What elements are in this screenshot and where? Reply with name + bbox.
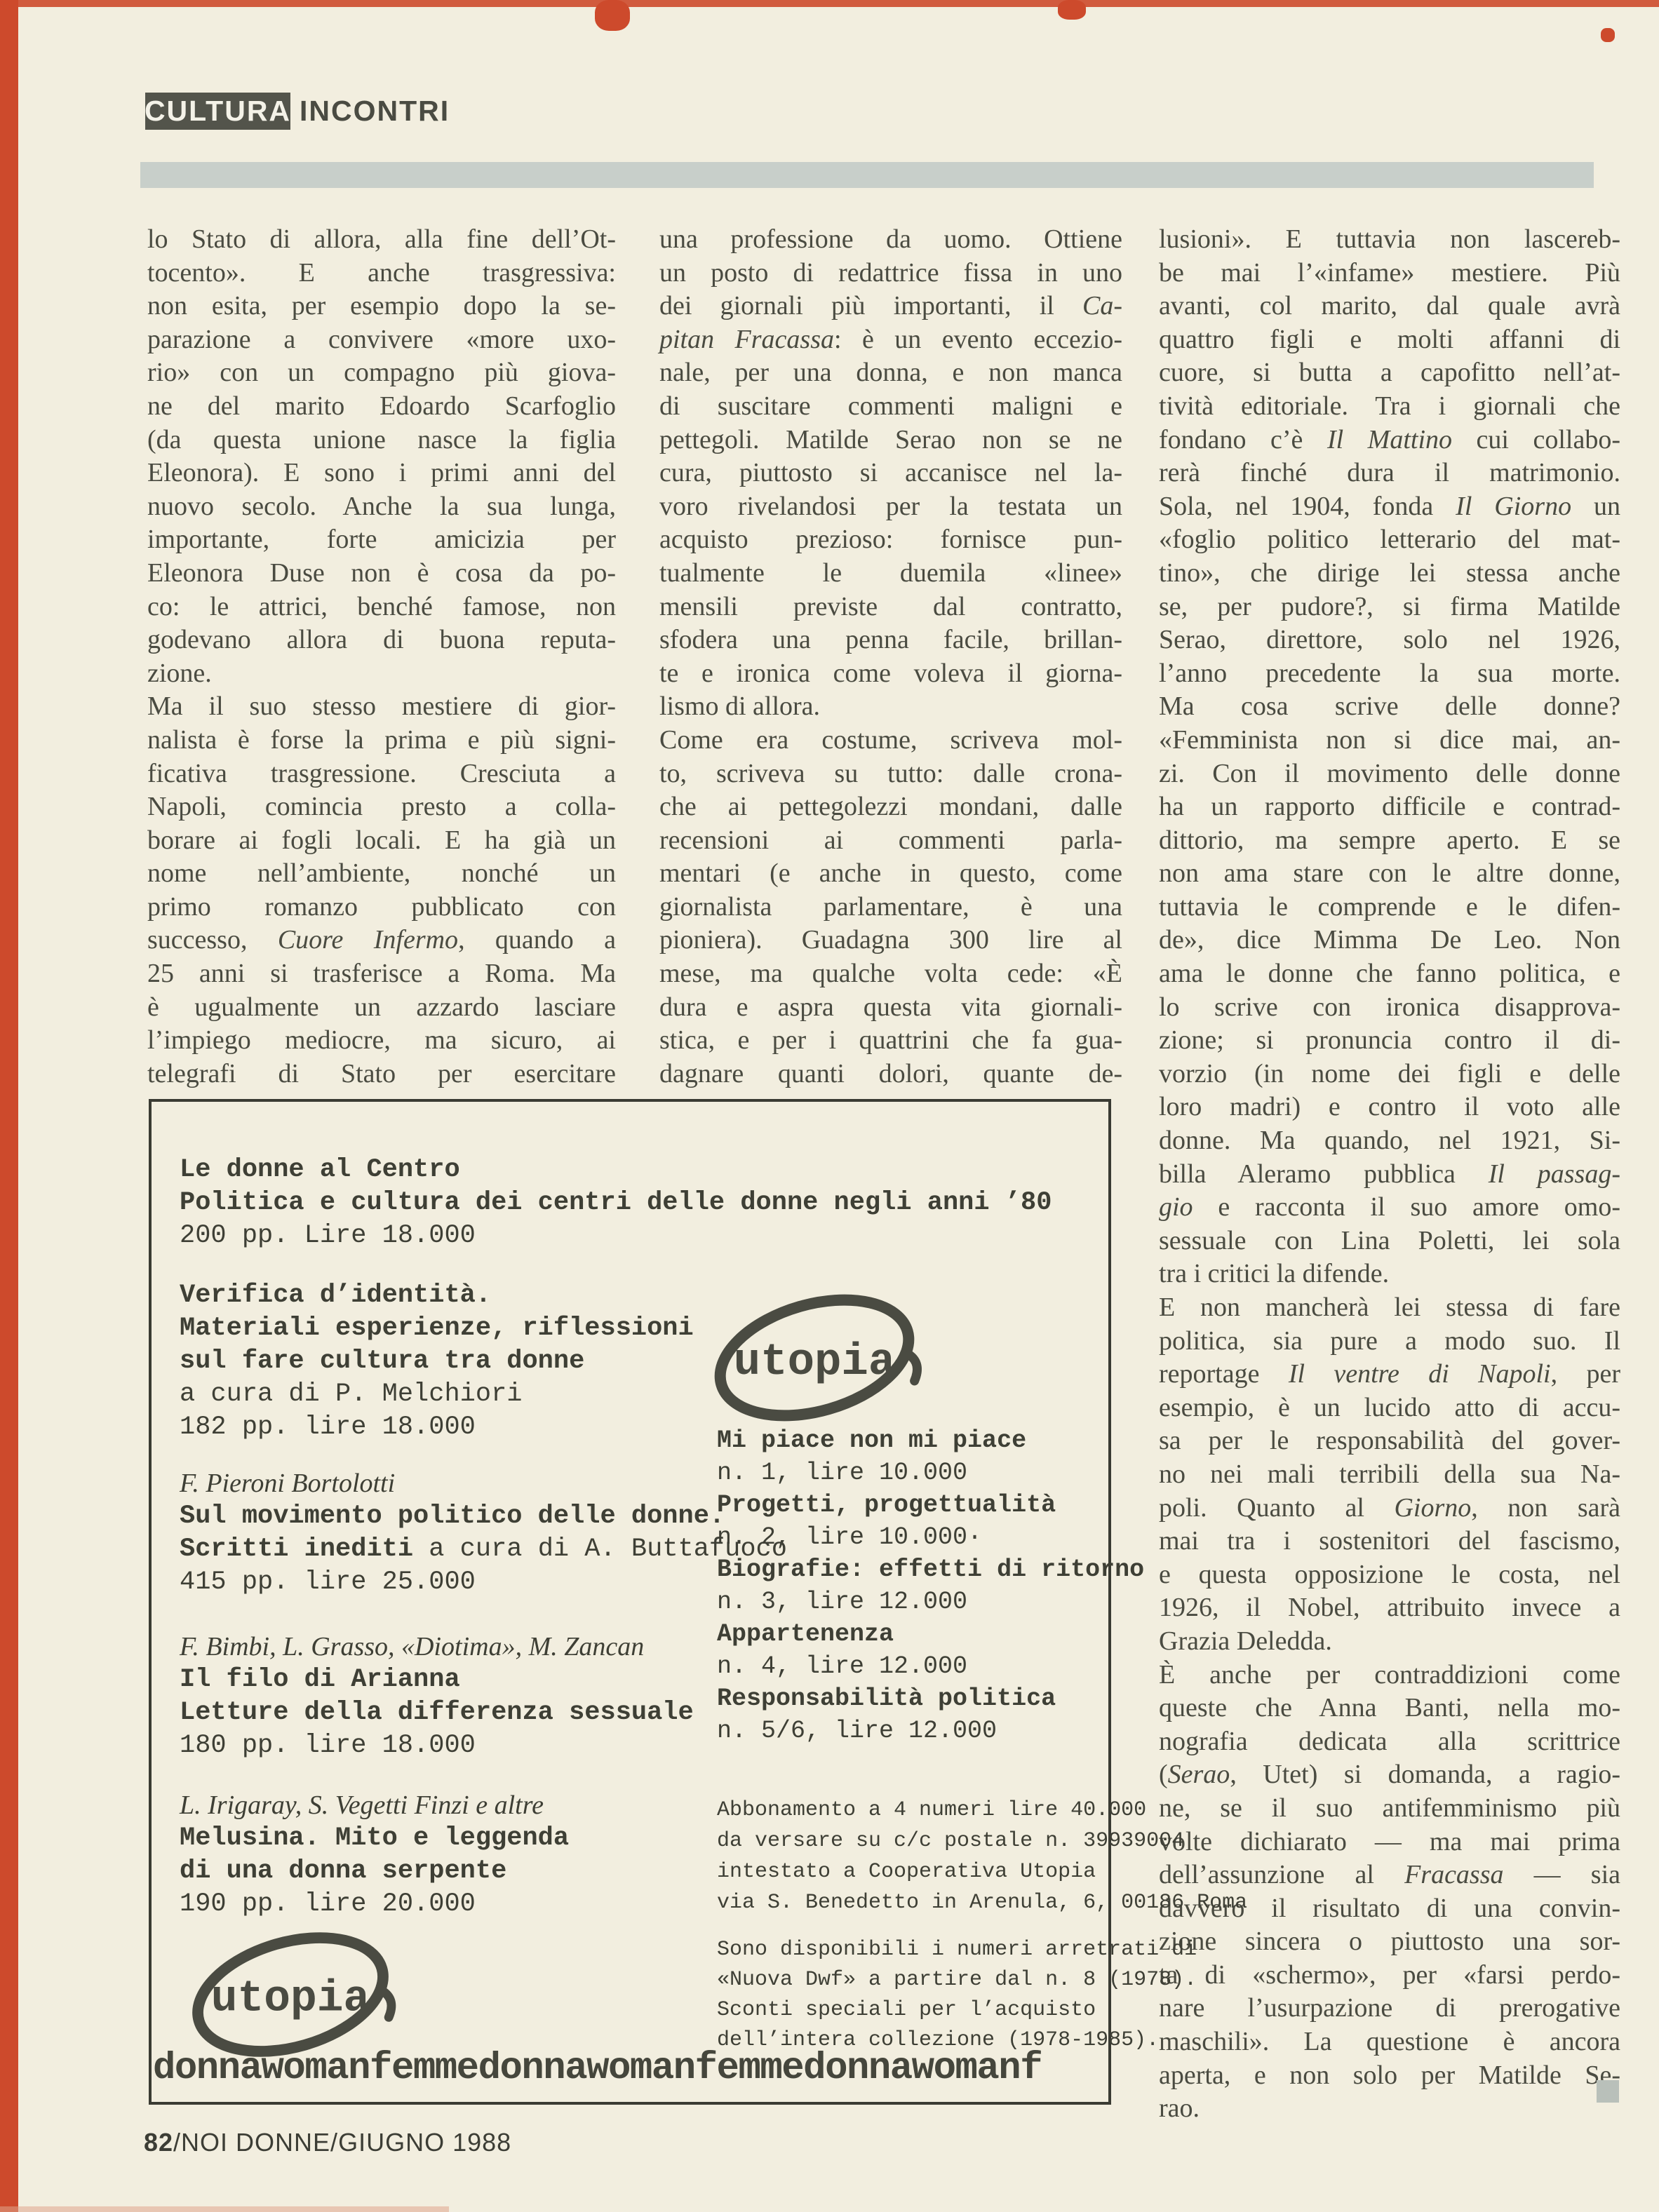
text-line: reportage Il ventre di Napoli, per bbox=[1159, 1358, 1620, 1391]
text-line: aperta, e non solo per Matilde Se- bbox=[1159, 2059, 1620, 2093]
text-line: Eleonora). E sono i primi anni del bbox=[147, 457, 616, 490]
text-line: Sono disponibili i numeri arretrati di bbox=[717, 1935, 1197, 1965]
end-of-article-marker bbox=[1597, 2080, 1619, 2103]
text-line: Eleonora Duse non è cosa da po- bbox=[147, 557, 616, 591]
text-line: (da questa unione nasce la figlia bbox=[147, 424, 616, 457]
issue-title: Biografie: effetti di ritorno bbox=[717, 1553, 1144, 1586]
text-line: mentari (e anche in questo, come bbox=[659, 857, 1122, 891]
text-line: mensili previste dal contratto, bbox=[659, 591, 1122, 624]
text-line: billa Aleramo pubblica Il passag- bbox=[1159, 1158, 1620, 1192]
topic-label: INCONTRI bbox=[300, 93, 450, 130]
scan-edge-top bbox=[0, 0, 1659, 7]
text-line: be mai l’«infame» mestiere. Più bbox=[1159, 257, 1620, 290]
text-line: È anche per contraddizioni come bbox=[1159, 1659, 1620, 1692]
text-line: lo scrive con ironica disapprova- bbox=[1159, 991, 1620, 1025]
text-line: quattro figli e molti affanni di bbox=[1159, 323, 1620, 357]
text-line: di suscitare commenti maligni e bbox=[659, 390, 1122, 424]
svg-text:utopia: utopia bbox=[211, 1974, 370, 2024]
text-line: esempio, è un lucido atto di accu- bbox=[1159, 1391, 1620, 1425]
text-line: Napoli, comincia presto a colla- bbox=[147, 790, 616, 824]
scan-artifact bbox=[595, 0, 630, 31]
text-line: ta di «schermo», per «farsi perdo- bbox=[1159, 1959, 1620, 1992]
svg-text:utopia: utopia bbox=[734, 1337, 895, 1388]
text-line: loro madri) e contro il voto alle bbox=[1159, 1091, 1620, 1124]
text-line: ha un rapporto difficile e contrad- bbox=[1159, 790, 1620, 824]
article-column-2: una professione da uomo. Ottieneun posto… bbox=[659, 223, 1122, 1091]
text-line: l’impiego mediocre, ma sicuro, ai bbox=[147, 1024, 616, 1058]
text-line: voro rivelandosi per la testata un bbox=[659, 490, 1122, 524]
text-line: nalista è forse la prima e più signi- bbox=[147, 724, 616, 757]
text-line: sessuale con Lina Poletti, lei sola bbox=[1159, 1225, 1620, 1258]
text-line: cura, piuttosto si accanisce nel la- bbox=[659, 457, 1122, 490]
issue-title: Responsabilità politica bbox=[717, 1682, 1144, 1715]
text-line: zione; si pronuncia contro il di- bbox=[1159, 1024, 1620, 1058]
text-line: non esita, per esempio dopo la se- bbox=[147, 290, 616, 323]
text-line: pitan Fracassa: è un evento eccezio- bbox=[659, 323, 1122, 357]
text-line: parazione a convivere «more uxo- bbox=[147, 323, 616, 357]
text-line: nare l’usurpazione di prerogative bbox=[1159, 1992, 1620, 2025]
scan-artifact bbox=[1601, 28, 1615, 42]
issue-title: Appartenenza bbox=[717, 1618, 1144, 1650]
text-line: non ama stare con le altre donne, bbox=[1159, 857, 1620, 891]
issue-price: n. 2, lire 10.000· bbox=[717, 1521, 1144, 1553]
book-entry: F. Bimbi, L. Grasso, «Diotima», M. Zanca… bbox=[180, 1631, 694, 1762]
text-line: no nei mali terribili della sua Na- bbox=[1159, 1458, 1620, 1492]
utopia-logo-icon: utopia bbox=[706, 1277, 923, 1438]
utopia-ad-box: Le donne al CentroPolitica e cultura dei… bbox=[149, 1099, 1111, 2105]
text-line: acquisto prezioso: fornisce pun- bbox=[659, 523, 1122, 557]
text-line: pettegoli. Matilde Serao non se ne bbox=[659, 424, 1122, 457]
text-line: giornalista parlamentare, è una bbox=[659, 891, 1122, 924]
issue-price: n. 1, lire 10.000 bbox=[717, 1457, 1144, 1489]
page-number: 82 bbox=[144, 2128, 173, 2157]
text-line: Ma cosa scrive delle donne? bbox=[1159, 690, 1620, 724]
text-line: se, per pudore?, si firma Matilde bbox=[1159, 591, 1620, 624]
text-line: zione. bbox=[147, 657, 616, 691]
text-line: tuttavia le comprende e le difen- bbox=[1159, 891, 1620, 924]
footer: 82/NOI DONNE/GIUGNO 1988 bbox=[144, 2128, 511, 2157]
text-line: poli. Quanto al Giorno, non sarà bbox=[1159, 1492, 1620, 1525]
issue-title: Mi piace non mi piace bbox=[717, 1424, 1144, 1457]
text-line: vorzio (in nome dei figli e delle bbox=[1159, 1058, 1620, 1091]
back-issues-info: Sono disponibili i numeri arretrati di«N… bbox=[717, 1935, 1197, 2056]
text-line: ne del marito Edoardo Scarfoglio bbox=[147, 390, 616, 424]
header-rule bbox=[140, 162, 1594, 188]
text-line: fondano c’è Il Mattino cui collabo- bbox=[1159, 424, 1620, 457]
text-line: primo romanzo pubblicato con bbox=[147, 891, 616, 924]
text-line: tocento». E anche trasgressiva: bbox=[147, 257, 616, 290]
text-line: ama le donne che fanno politica, e bbox=[1159, 957, 1620, 991]
text-line: Serao, direttore, solo nel 1926, bbox=[1159, 623, 1620, 657]
section-badge: CULTURA bbox=[145, 93, 290, 130]
text-line: e questa opposizione le costa, nel bbox=[1159, 1558, 1620, 1592]
text-line: dei giornali più importanti, il Ca- bbox=[659, 290, 1122, 323]
text-line: cuore, si butta a capofitto nell’at- bbox=[1159, 356, 1620, 390]
text-line: Sconti speciali per l’acquisto bbox=[717, 1995, 1197, 2025]
text-line: politica, sia pure a modo suo. Il bbox=[1159, 1325, 1620, 1358]
text-line: co: le attrici, benché famose, non bbox=[147, 591, 616, 624]
text-line: donne. Ma quando, nel 1921, Si- bbox=[1159, 1124, 1620, 1158]
issue-price: n. 5/6, lire 12.000 bbox=[717, 1715, 1144, 1747]
book-entry: F. Pieroni BortolottiSul movimento polit… bbox=[180, 1467, 787, 1599]
text-line: Ma il suo stesso mestiere di gior- bbox=[147, 690, 616, 724]
subscription-info: Abbonamento a 4 numeri lire 40.000da ver… bbox=[717, 1795, 1247, 1918]
scan-artifact bbox=[1058, 0, 1086, 20]
text-line: telegrafi di Stato per esercitare bbox=[147, 1058, 616, 1091]
text-line: zione sincera o piuttosto una sor- bbox=[1159, 1925, 1620, 1959]
text-line: dura e aspra questa vita giornali- bbox=[659, 991, 1122, 1025]
text-line: ficativa trasgressione. Cresciuta a bbox=[147, 757, 616, 791]
text-line: zi. Con il movimento delle donne bbox=[1159, 757, 1620, 791]
text-line: tualmente le duemila «linee» bbox=[659, 557, 1122, 591]
text-line: de», dice Mimma De Leo. Non bbox=[1159, 924, 1620, 957]
text-line: tra i critici la difende. bbox=[1159, 1257, 1620, 1291]
text-line: lusioni». E tuttavia non lascereb- bbox=[1159, 223, 1620, 257]
text-line: sfodera una penna facile, brillan- bbox=[659, 623, 1122, 657]
text-line: sa per le responsabilità del gover- bbox=[1159, 1424, 1620, 1458]
text-line: avanti, col marito, dal quale avrà bbox=[1159, 290, 1620, 323]
text-line: maschili». La questione è ancora bbox=[1159, 2025, 1620, 2059]
text-line: to, scriveva su tutto: dalle crona- bbox=[659, 757, 1122, 791]
text-line: Sola, nel 1904, fonda Il Giorno un bbox=[1159, 490, 1620, 524]
text-line: queste che Anna Banti, nella mo- bbox=[1159, 1692, 1620, 1725]
text-line: lo Stato di allora, alla fine dell’Ot- bbox=[147, 223, 616, 257]
text-line: 25 anni si trasferisce a Roma. Ma bbox=[147, 957, 616, 991]
text-line: nale, per una donna, e non manca bbox=[659, 356, 1122, 390]
text-line: nografia dedicata alla scrittrice bbox=[1159, 1725, 1620, 1759]
footer-issue-label: /NOI DONNE/GIUGNO 1988 bbox=[173, 2128, 511, 2157]
scan-edge-bottom bbox=[0, 2206, 449, 2212]
text-line: da versare su c/c postale n. 39939004 bbox=[717, 1826, 1247, 1856]
text-line: lismo di allora. bbox=[659, 690, 1122, 724]
text-line: recensioni ai commenti parla- bbox=[659, 824, 1122, 858]
text-line: rao. bbox=[1159, 2092, 1620, 2126]
text-line: un posto di redattrice fissa in uno bbox=[659, 257, 1122, 290]
section-label: CULTURA bbox=[145, 95, 291, 128]
text-line: te e ironica come voleva il giorna- bbox=[659, 657, 1122, 691]
text-line: Grazia Deledda. bbox=[1159, 1625, 1620, 1659]
text-line: pioniera). Guadagna 300 lire al bbox=[659, 924, 1122, 957]
text-line: «foglio politico letterario del mat- bbox=[1159, 523, 1620, 557]
text-line: mai tra i sostenitori del fascismo, bbox=[1159, 1525, 1620, 1558]
issue-title: Progetti, progettualità bbox=[717, 1489, 1144, 1521]
text-line: Abbonamento a 4 numeri lire 40.000 bbox=[717, 1795, 1247, 1826]
text-line: gio e racconta il suo amore omo- bbox=[1159, 1191, 1620, 1225]
text-line: tività editoriale. Tra i giornali che bbox=[1159, 390, 1620, 424]
text-line: dittorio, ma sempre aperto. E se bbox=[1159, 824, 1620, 858]
issue-price: n. 4, lire 12.000 bbox=[717, 1650, 1144, 1682]
text-line: rerà finché dura il matrimonio. bbox=[1159, 457, 1620, 490]
text-line: importante, forte amicizia per bbox=[147, 523, 616, 557]
text-line: rio» con un compagno più giova- bbox=[147, 356, 616, 390]
issue-price: n. 3, lire 12.000 bbox=[717, 1586, 1144, 1618]
text-line: 1926, il Nobel, attribuito invece a bbox=[1159, 1591, 1620, 1625]
text-line: una professione da uomo. Ottiene bbox=[659, 223, 1122, 257]
book-entry: L. Irigaray, S. Vegetti Finzi e altreMel… bbox=[180, 1789, 569, 1921]
book-entry: Verifica d’identità.Materiali esperienze… bbox=[180, 1279, 694, 1444]
text-line: intestato a Cooperativa Utopia bbox=[717, 1856, 1247, 1887]
text-line: che ai pettegolezzi mondani, dalle bbox=[659, 790, 1122, 824]
text-line: nome nell’ambiente, nonché un bbox=[147, 857, 616, 891]
text-line: mese, ma qualche volta cede: «È bbox=[659, 957, 1122, 991]
text-line: l’anno precedente la sua morte. bbox=[1159, 657, 1620, 691]
issue-list: Mi piace non mi piacen. 1, lire 10.000Pr… bbox=[717, 1424, 1144, 1747]
text-line: tino», che dirige lei stessa anche bbox=[1159, 557, 1620, 591]
text-line: via S. Benedetto in Arenula, 6, 00186 Ro… bbox=[717, 1887, 1247, 1918]
banner-text: donnawomanfemmedonnawomanfemmedonnawoman… bbox=[153, 2047, 1106, 2090]
text-line: Come era costume, scriveva mol- bbox=[659, 724, 1122, 757]
text-line: dagnare quanti dolori, quante de- bbox=[659, 1058, 1122, 1091]
text-line: è ugualmente un azzardo lasciare bbox=[147, 991, 616, 1025]
article-column-1: lo Stato di allora, alla fine dell’Ot-to… bbox=[147, 223, 616, 1091]
text-line: borare ai fogli locali. E ha già un bbox=[147, 824, 616, 858]
text-line: «Femminista non si dice mai, an- bbox=[1159, 724, 1620, 757]
text-line: (Serao, Utet) si domanda, a ragio- bbox=[1159, 1758, 1620, 1792]
text-line: godevano allora di buona reputa- bbox=[147, 623, 616, 657]
scan-edge-left bbox=[0, 0, 18, 2212]
magazine-page: CULTURA INCONTRI lo Stato di allora, all… bbox=[0, 0, 1659, 2212]
text-line: E non mancherà lei stessa di fare bbox=[1159, 1291, 1620, 1325]
text-line: nuovo secolo. Anche la sua lunga, bbox=[147, 490, 616, 524]
book-entry: Le donne al CentroPolitica e cultura dei… bbox=[180, 1154, 1052, 1253]
text-line: «Nuova Dwf» a partire dal n. 8 (1978). bbox=[717, 1965, 1197, 1995]
text-line: stica, e per i quattrini che fa gua- bbox=[659, 1024, 1122, 1058]
text-line: successo, Cuore Infermo, quando a bbox=[147, 924, 616, 957]
